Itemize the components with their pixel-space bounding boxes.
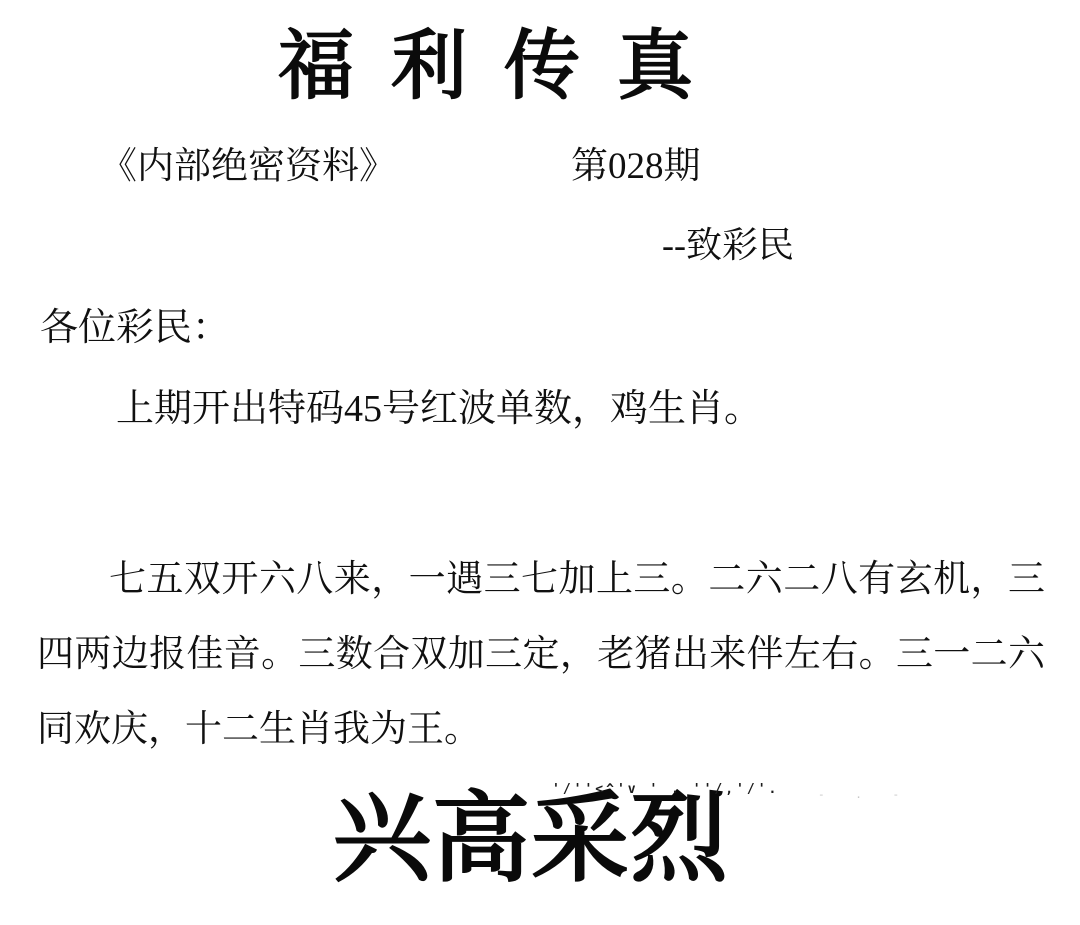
scribble-marks: '/''<^'v ' . ''/,'/'. [552, 782, 779, 797]
fax-document-page: 福利传真 《内部绝密资料》 第028期 --致彩民 各位彩民： 上期开出特码45… [0, 0, 1080, 925]
scribble-faint-marks: - . - [818, 788, 911, 801]
issue-number: 第028期 [571, 144, 701, 190]
document-title: 福利传真 [278, 24, 730, 109]
footer-slogan: 兴高采烈 [0, 786, 1071, 894]
tip-poem-paragraph: 七五双开六八来，一遇三七加上三。二六二八有玄机，三 四两边报佳音。三数合双加三定… [37, 542, 1045, 767]
dedication-line: --致彩民 [662, 222, 794, 268]
poem-line-3: 同欢庆，十二生肖我为王。 [37, 692, 1045, 767]
greeting-line: 各位彩民： [40, 305, 230, 351]
classification-label: 《内部绝密资料》 [100, 144, 396, 190]
last-draw-result-line: 上期开出特码45号红波单数，鸡生肖。 [116, 386, 762, 432]
poem-line-2: 四两边报佳音。三数合双加三定，老猪出来伴左右。三一二六 [37, 617, 1045, 692]
poem-line-1: 七五双开六八来，一遇三七加上三。二六二八有玄机，三 [37, 542, 1045, 617]
